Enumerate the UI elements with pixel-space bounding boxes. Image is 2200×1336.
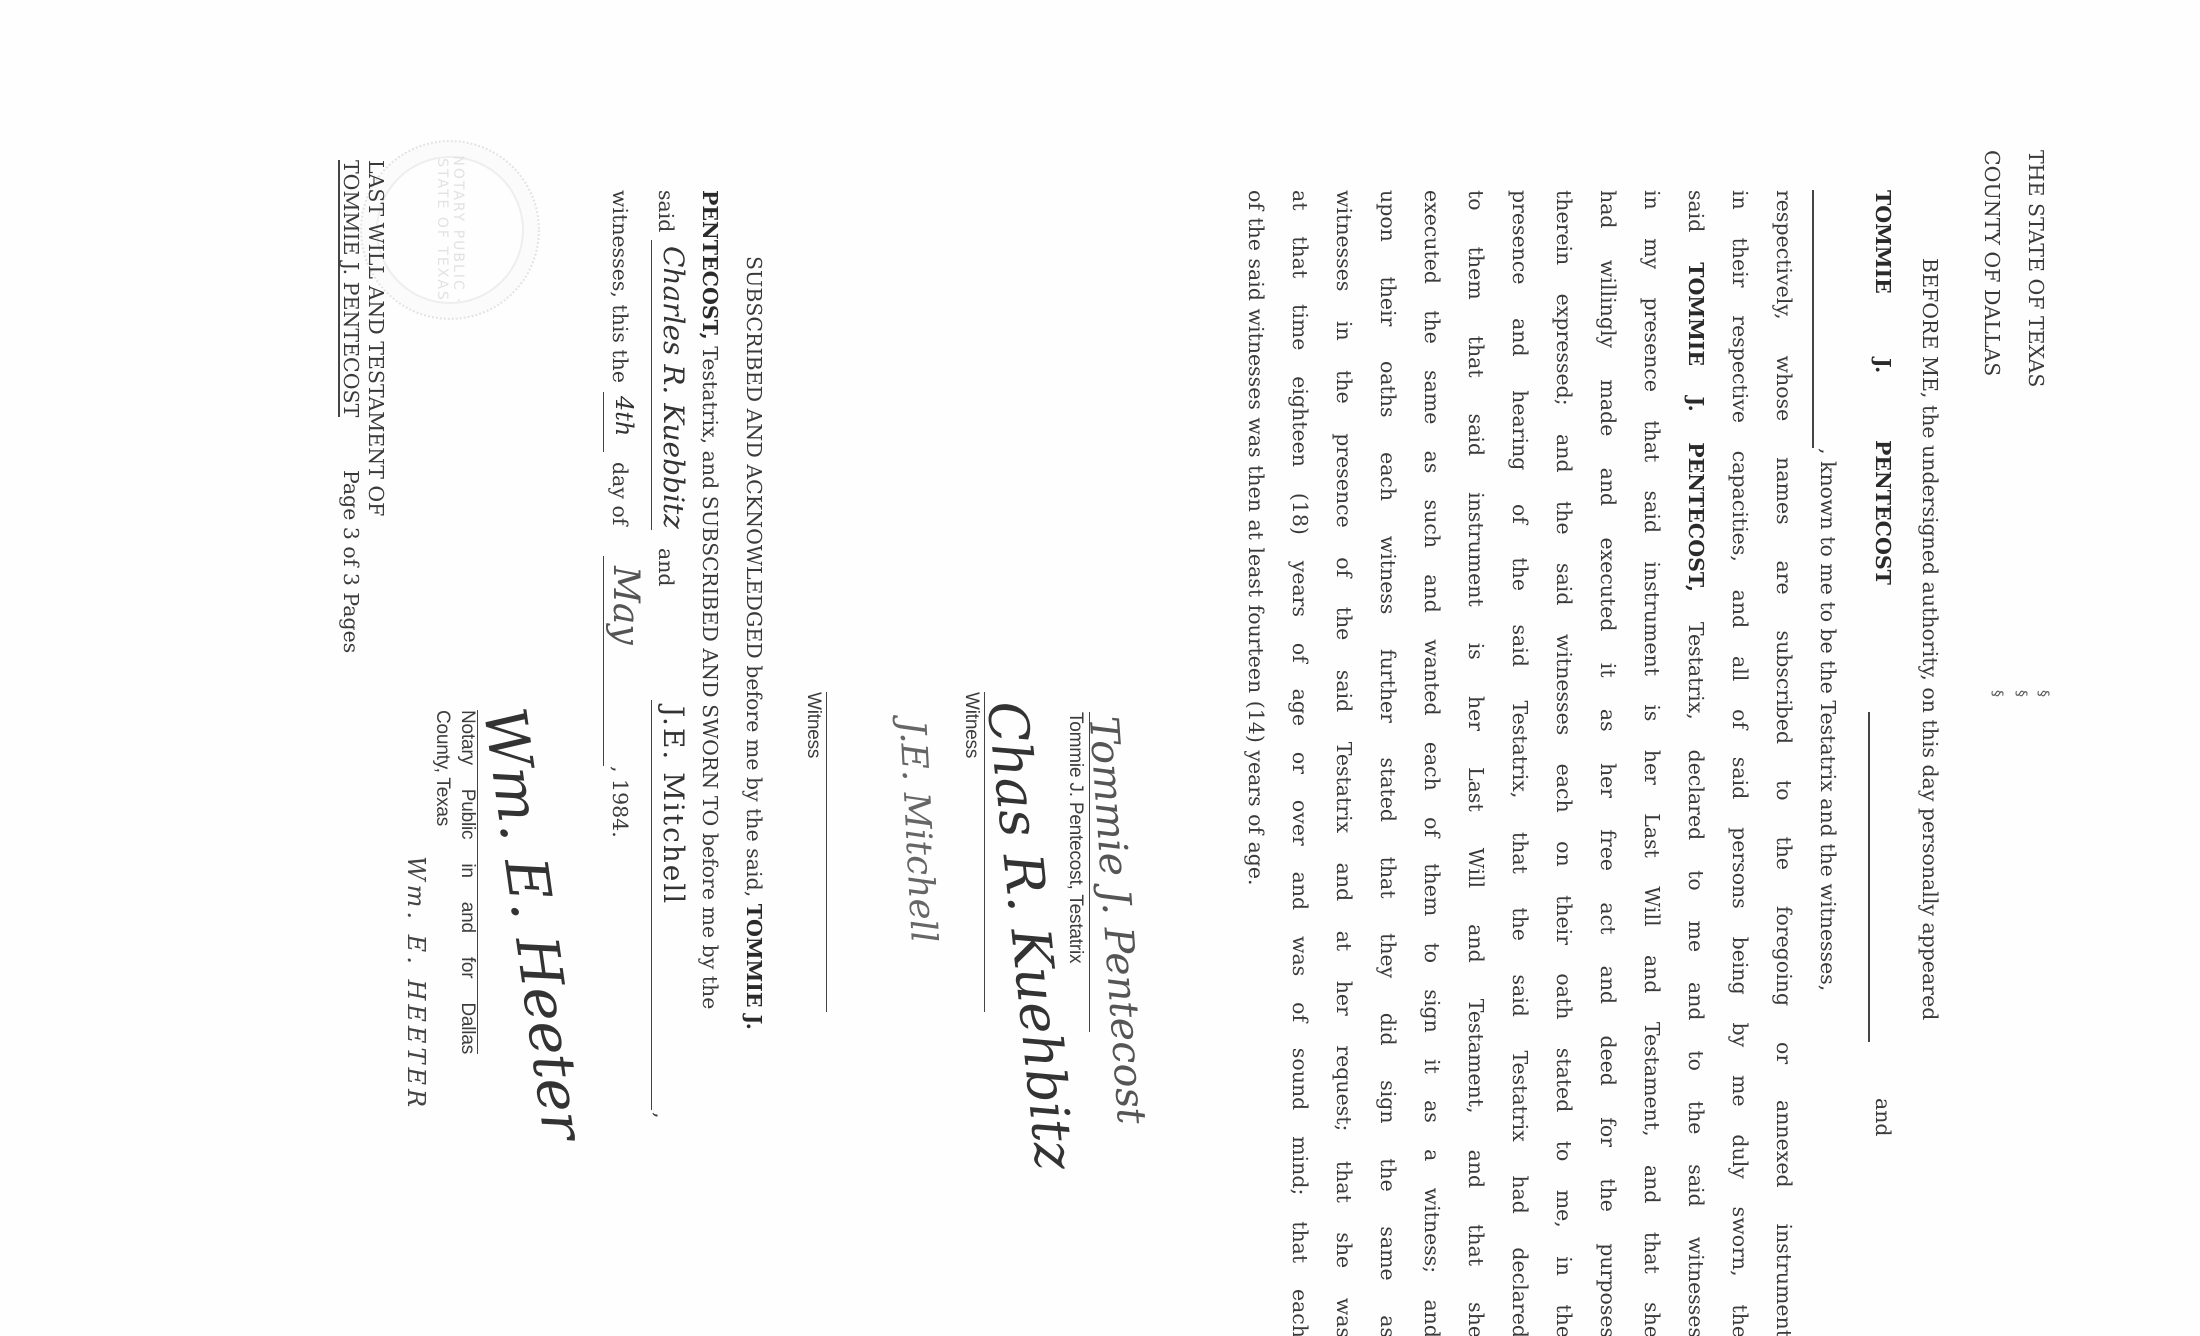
signature-line	[984, 692, 985, 1012]
fill-line	[651, 240, 652, 530]
witness1-caption: Witness	[960, 692, 982, 758]
appearer-middle-initial: J.	[1871, 358, 1895, 373]
venue-county: COUNTY OF DALLAS	[1980, 150, 2004, 376]
notary-caption-1: Notary Public in and for Dallas	[456, 710, 478, 1054]
affidavit-line: therein expressed; and the said witnesse…	[1552, 190, 1576, 1336]
blank-line	[1812, 190, 1814, 448]
known-line: , known to me to be the Testatrix and th…	[1816, 448, 1840, 991]
venue-state: THE STATE OF TEXAS	[2024, 150, 2048, 387]
affidavit-line: witnesses in the presence of the said Te…	[1332, 190, 1356, 1336]
year-text: , 1984.	[608, 766, 632, 838]
footer-title-line-1: LAST WILL AND TESTAMENT OF	[364, 160, 388, 516]
said-text: said	[654, 190, 678, 232]
notary-signature: Wm. E. Heeter	[470, 703, 598, 1144]
affidavit-line: in their respective capacities, and all …	[1728, 190, 1752, 1336]
and-text: and	[654, 548, 678, 587]
day-handwritten: 4th	[610, 396, 638, 436]
venue-brace-mark: §	[2036, 690, 2050, 697]
affidavit-line: had willingly made and executed it as he…	[1596, 190, 1620, 1336]
witness1-name-handwritten: Charles R. Kuebbitz	[657, 246, 690, 529]
jurat-line-1: SUBSCRIBED AND ACKNOWLEDGED before me by…	[742, 256, 766, 1030]
affidavit-line: presence and hearing of the said Testatr…	[1508, 190, 1532, 1336]
testatrix-name: TOMMIE J. PENTECOST,	[1684, 262, 1708, 592]
venue-brace-mark: §	[1990, 690, 2004, 697]
fill-line	[603, 392, 604, 452]
testatrix-signature: Tommie J. Pentecost	[1080, 715, 1154, 1126]
affidavit-line: upon their oaths each witness further st…	[1376, 190, 1400, 1336]
page-number: Page 3 of 3 Pages	[340, 470, 362, 653]
venue-brace-mark: §	[2014, 690, 2028, 697]
witness2-name-handwritten: J.E. Mitchell	[657, 706, 690, 905]
appearer-first-name: TOMMIE	[1871, 190, 1895, 294]
jurat-line-2: PENTECOST, Testatrix, and SUBSCRIBED AND…	[698, 190, 722, 1336]
affidavit-line: in my presence that said instrument is h…	[1640, 190, 1664, 1336]
and-text: and	[1871, 1098, 1895, 1137]
witnesses-date-text: witnesses, this the	[608, 190, 632, 383]
month-handwritten: May	[605, 566, 646, 645]
witness2-signature: J.E. Mitchell	[891, 719, 944, 944]
testatrix-caption: Tommie J. Pentecost, Testatrix	[1064, 712, 1086, 963]
day-of-text: day of	[608, 462, 632, 525]
affidavit-line: at that time eighteen (18) years of age …	[1288, 190, 1312, 1336]
signature-line	[826, 692, 827, 1012]
will-page: THE STATE OF TEXAS COUNTY OF DALLAS § § …	[0, 0, 2200, 1336]
affidavit-line: of the said witnesses was then at least …	[1244, 190, 1268, 1336]
fill-line	[651, 700, 652, 1110]
affidavit-line: to them that said instrument is her Last…	[1464, 190, 1488, 1336]
notary-seal-text: NOTARY PUBLIC · STATE OF TEXAS	[434, 142, 466, 318]
affidavit-line: executed the same as such and wanted eac…	[1420, 190, 1444, 1336]
affidavit-line: respectively, whose names are subscribed…	[1772, 190, 1796, 1336]
footer-title-line-2: TOMMIE J. PENTECOST	[338, 160, 362, 417]
affidavit-opening: BEFORE ME, the undersigned authority, on…	[1918, 258, 1942, 1020]
notary-caption-2: County, Texas	[431, 710, 453, 826]
jurat-testatrix-name: TOMMIE J.	[742, 904, 766, 1030]
affidavit-line: said TOMMIE J. PENTECOST, Testatrix, dec…	[1684, 190, 1708, 1336]
witness2-caption: Witness	[802, 692, 824, 758]
appearer-last-name: PENTECOST	[1871, 440, 1895, 585]
fill-line	[603, 556, 604, 766]
comma: ,	[650, 1112, 674, 1119]
notary-printed-name: Wm. E. HEETER	[402, 856, 430, 1111]
blank-line	[1868, 712, 1870, 1042]
signature-line	[1089, 712, 1090, 1032]
